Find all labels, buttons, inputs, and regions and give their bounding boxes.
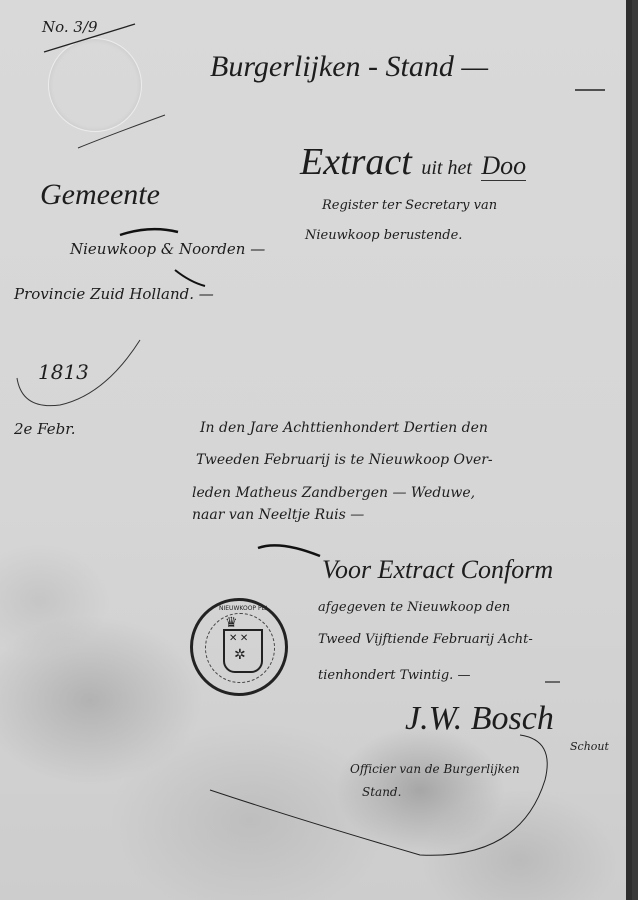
entry-line-4: naar van Neeltje Ruis —	[192, 507, 364, 523]
certification-line-1: afgegeven te Nieuwkoop den	[318, 600, 510, 615]
subtitle-line-2: Nieuwkoop berustende.	[305, 228, 462, 243]
certification-heading: Voor Extract Conform	[322, 555, 553, 585]
shield-icon: ✕ ✕ ✲	[223, 629, 263, 673]
municipality-name: Nieuwkoop & Noorden —	[70, 240, 265, 258]
entry-year: 1813	[38, 360, 89, 384]
entry-line-1: In den Jare Achttienhondert Dertien den	[200, 420, 488, 436]
coat-of-arms-seal-icon: ♛ ✕ ✕ ✲ NIEUWKOOP PLAATSELYKE BESTUUR EN…	[190, 598, 288, 696]
province-name: Provincie Zuid Holland. —	[14, 285, 214, 303]
page-edge	[626, 0, 632, 900]
signature-title-2: Officier van de Burgerlijken	[350, 762, 520, 776]
certification-line-2: Tweed Vijftiende Februarij Acht-	[318, 632, 533, 647]
signature-title-3: Stand.	[362, 785, 401, 799]
entry-line-3: leden Matheus Zandbergen — Weduwe,	[192, 485, 475, 501]
extract-word: Extract	[300, 141, 412, 183]
document-page: No. 3/9 Burgerlijken - Stand — Extract u…	[0, 0, 632, 900]
reference-number: No. 3/9	[42, 18, 98, 36]
signature-name: J.W. Bosch	[405, 700, 554, 738]
seal-text: NIEUWKOOP PLAATSELYKE BESTUUR EN NOORDEN	[219, 605, 267, 612]
certification-line-3: tienhondert Twintig. —	[318, 668, 470, 683]
subtitle-line-1: Register ter Secretary van	[322, 198, 497, 213]
signature-title-1: Schout	[570, 740, 609, 753]
extract-title: Extract uit het Doo	[300, 140, 526, 184]
municipality-label: Gemeente	[40, 178, 160, 212]
entry-line-2: Tweeden Februarij is te Nieuwkoop Over-	[196, 452, 493, 468]
register-type-word: Doo	[481, 151, 526, 181]
register-heading: Burgerlijken - Stand —	[210, 50, 488, 84]
flourish-strokes	[0, 0, 632, 900]
entry-date: 2e Febr.	[14, 420, 76, 438]
extract-rest: uit het	[421, 157, 472, 179]
